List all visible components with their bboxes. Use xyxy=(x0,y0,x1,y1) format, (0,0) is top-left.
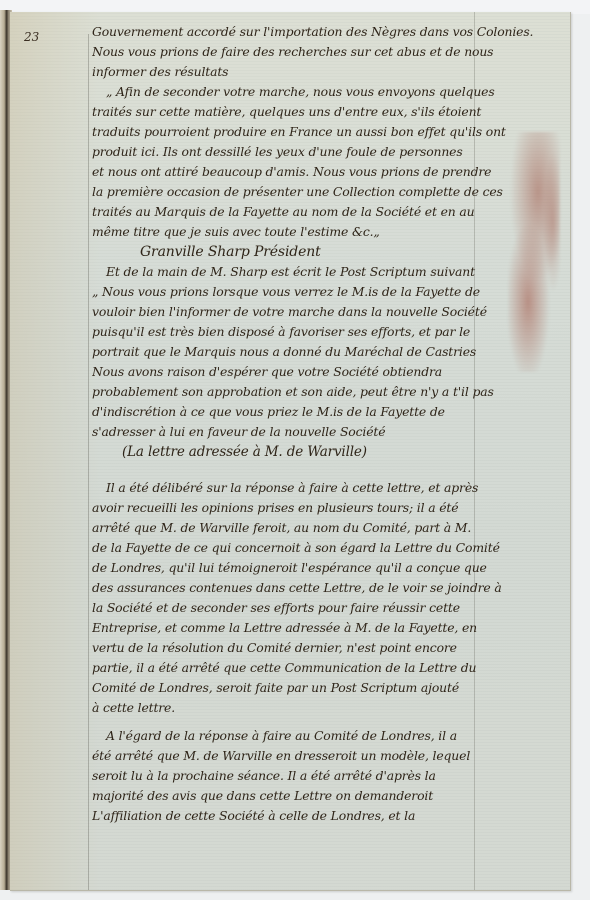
text-line: vouloir bien l'informer de votre marche … xyxy=(92,302,560,322)
text-line: été arrêté que M. de Warville en dresser… xyxy=(92,746,560,766)
text-line: Il a été délibéré sur la réponse à faire… xyxy=(92,478,560,498)
text-line: arrêté que M. de Warville feroit, au nom… xyxy=(92,518,560,538)
text-line: traités sur cette matière, quelques uns … xyxy=(92,102,560,122)
spacer xyxy=(92,462,560,478)
text-line: la première occasion de présenter une Co… xyxy=(92,182,560,202)
text-line: Comité de Londres, seroit faite par un P… xyxy=(92,678,560,698)
heading-line: (La lettre adressée à M. de Warville) xyxy=(92,442,560,462)
text-line: A l'égard de la réponse à faire au Comit… xyxy=(92,726,560,746)
spacer xyxy=(92,718,560,726)
text-line: portrait que le Marquis nous a donné du … xyxy=(92,342,560,362)
text-line: de Londres, qu'il lui témoigneroit l'esp… xyxy=(92,558,560,578)
text-line: produit ici. Ils ont dessillé les yeux d… xyxy=(92,142,560,162)
text-line: traduits pourroient produire en France u… xyxy=(92,122,560,142)
signature-block: Granville Sharp Président xyxy=(92,242,560,262)
paragraph-letter-body: „ Afin de seconder votre marche, nous vo… xyxy=(92,82,560,242)
paragraph-post-scriptum: Et de la main de M. Sharp est écrit le P… xyxy=(92,262,560,442)
text-line: même titre que je suis avec toute l'esti… xyxy=(92,222,560,242)
text-line: traités au Marquis de la Fayette au nom … xyxy=(92,202,560,222)
parenthetical-heading: (La lettre adressée à M. de Warville) xyxy=(92,442,560,462)
text-line: vertu de la résolution du Comité dernier… xyxy=(92,638,560,658)
text-line: Nous vous prions de faire des recherches… xyxy=(92,42,560,62)
text-line: la Société et de seconder ses efforts po… xyxy=(92,598,560,618)
text-line: informer des résultats xyxy=(92,62,560,82)
manuscript-text: Gouvernement accordé sur l'importation d… xyxy=(92,22,560,826)
manuscript-scan: 23 Gouvernement accordé sur l'importatio… xyxy=(0,0,590,900)
text-line: majorité des avis que dans cette Lettre … xyxy=(92,786,560,806)
text-line: de la Fayette de ce qui concernoit à son… xyxy=(92,538,560,558)
text-line: „ Nous vous prions lorsque vous verrez l… xyxy=(92,282,560,302)
text-line: probablement son approbation et son aide… xyxy=(92,382,560,402)
left-margin-rule xyxy=(88,34,89,890)
text-line: à cette lettre. xyxy=(92,698,560,718)
text-line: puisqu'il est très bien disposé à favori… xyxy=(92,322,560,342)
text-line: et nous ont attiré beaucoup d'amis. Nous… xyxy=(92,162,560,182)
text-line: d'indiscrétion à ce que vous priez le M.… xyxy=(92,402,560,422)
text-line: seroit lu à la prochaine séance. Il a ét… xyxy=(92,766,560,786)
text-line: Nous avons raison d'espérer que votre So… xyxy=(92,362,560,382)
paragraph-response: A l'égard de la réponse à faire au Comit… xyxy=(92,726,560,826)
text-line: L'affiliation de cette Société à celle d… xyxy=(92,806,560,826)
text-line: Entreprise, et comme la Lettre adressée … xyxy=(92,618,560,638)
text-line: „ Afin de seconder votre marche, nous vo… xyxy=(92,82,560,102)
signature-line: Granville Sharp Président xyxy=(92,242,560,262)
text-line: avoir recueilli les opinions prises en p… xyxy=(92,498,560,518)
folio-number: 23 xyxy=(24,30,39,44)
manuscript-page: 23 Gouvernement accordé sur l'importatio… xyxy=(10,12,571,891)
text-line: Et de la main de M. Sharp est écrit le P… xyxy=(92,262,560,282)
text-line: Gouvernement accordé sur l'importation d… xyxy=(92,22,560,42)
text-line: des assurances contenues dans cette Lett… xyxy=(92,578,560,598)
paragraph-opening: Gouvernement accordé sur l'importation d… xyxy=(92,22,560,82)
text-line: s'adresser à lui en faveur de la nouvell… xyxy=(92,422,560,442)
text-line: partie, il a été arrêté que cette Commun… xyxy=(92,658,560,678)
paragraph-deliberation: Il a été délibéré sur la réponse à faire… xyxy=(92,478,560,718)
